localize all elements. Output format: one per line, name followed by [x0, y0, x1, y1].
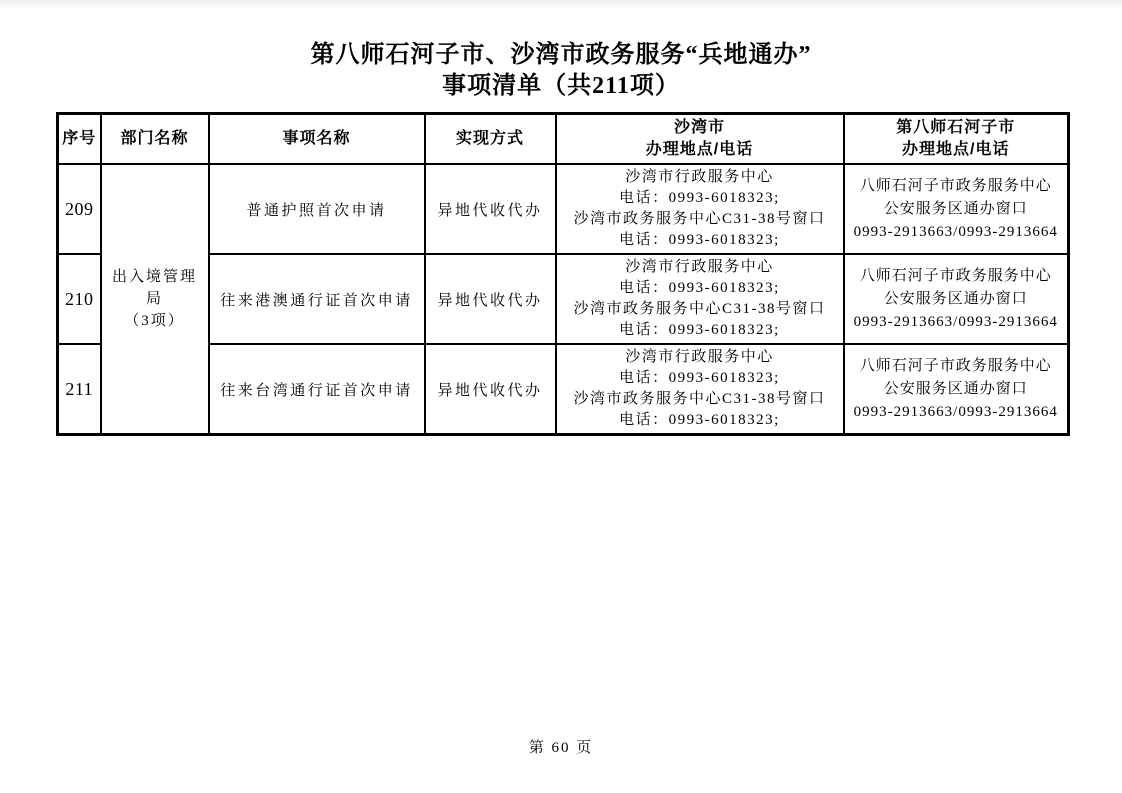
shihezi-location-cell: 八师石河子市政务服务中心 公安服务区通办窗口 0993-2913663/0993…: [844, 344, 1069, 435]
header-shawan-location: 沙湾市 办理地点/电话: [556, 114, 844, 165]
table-header-row: 序号 部门名称 事项名称 实现方式 沙湾市 办理地点/电话 第八师石河子市 办理…: [58, 114, 1069, 165]
shihezi-location-cell: 八师石河子市政务服务中心 公安服务区通办窗口 0993-2913663/0993…: [844, 164, 1069, 254]
header-method: 实现方式: [425, 114, 556, 165]
header-department: 部门名称: [101, 114, 209, 165]
header-seq: 序号: [58, 114, 101, 165]
seq-cell: 210: [58, 254, 101, 344]
seq-cell: 209: [58, 164, 101, 254]
table-row: 210 往来港澳通行证首次申请 异地代收代办 沙湾市行政服务中心 电话：0993…: [58, 254, 1069, 344]
header-shihezi-location: 第八师石河子市 办理地点/电话: [844, 114, 1069, 165]
document-title: 第八师石河子市、沙湾市政务服务“兵地通办” 事项清单（共211项）: [0, 40, 1122, 102]
shawan-location-cell: 沙湾市行政服务中心 电话：0993-6018323; 沙湾市政务服务中心C31-…: [556, 344, 844, 435]
document-title-line2: 事项清单（共211项）: [0, 71, 1122, 102]
item-name-cell: 普通护照首次申请: [209, 164, 425, 254]
shawan-location-cell: 沙湾市行政服务中心 电话：0993-6018323; 沙湾市政务服务中心C31-…: [556, 164, 844, 254]
table-row: 209 出入境管理局 （3项） 普通护照首次申请 异地代收代办 沙湾市行政服务中…: [58, 164, 1069, 254]
shihezi-location-cell: 八师石河子市政务服务中心 公安服务区通办窗口 0993-2913663/0993…: [844, 254, 1069, 344]
header-item: 事项名称: [209, 114, 425, 165]
service-items-table: 序号 部门名称 事项名称 实现方式 沙湾市 办理地点/电话 第八师石河子市 办理…: [56, 112, 1070, 436]
department-cell: 出入境管理局 （3项）: [101, 164, 209, 435]
document-title-line1: 第八师石河子市、沙湾市政务服务“兵地通办”: [0, 40, 1122, 71]
page-number: 第 60 页: [0, 736, 1122, 757]
seq-cell: 211: [58, 344, 101, 435]
method-cell: 异地代收代办: [425, 344, 556, 435]
method-cell: 异地代收代办: [425, 164, 556, 254]
item-name-cell: 往来港澳通行证首次申请: [209, 254, 425, 344]
item-name-cell: 往来台湾通行证首次申请: [209, 344, 425, 435]
page-top-edge-shading: [0, 0, 1122, 10]
shawan-location-cell: 沙湾市行政服务中心 电话：0993-6018323; 沙湾市政务服务中心C31-…: [556, 254, 844, 344]
method-cell: 异地代收代办: [425, 254, 556, 344]
table-row: 211 往来台湾通行证首次申请 异地代收代办 沙湾市行政服务中心 电话：0993…: [58, 344, 1069, 435]
